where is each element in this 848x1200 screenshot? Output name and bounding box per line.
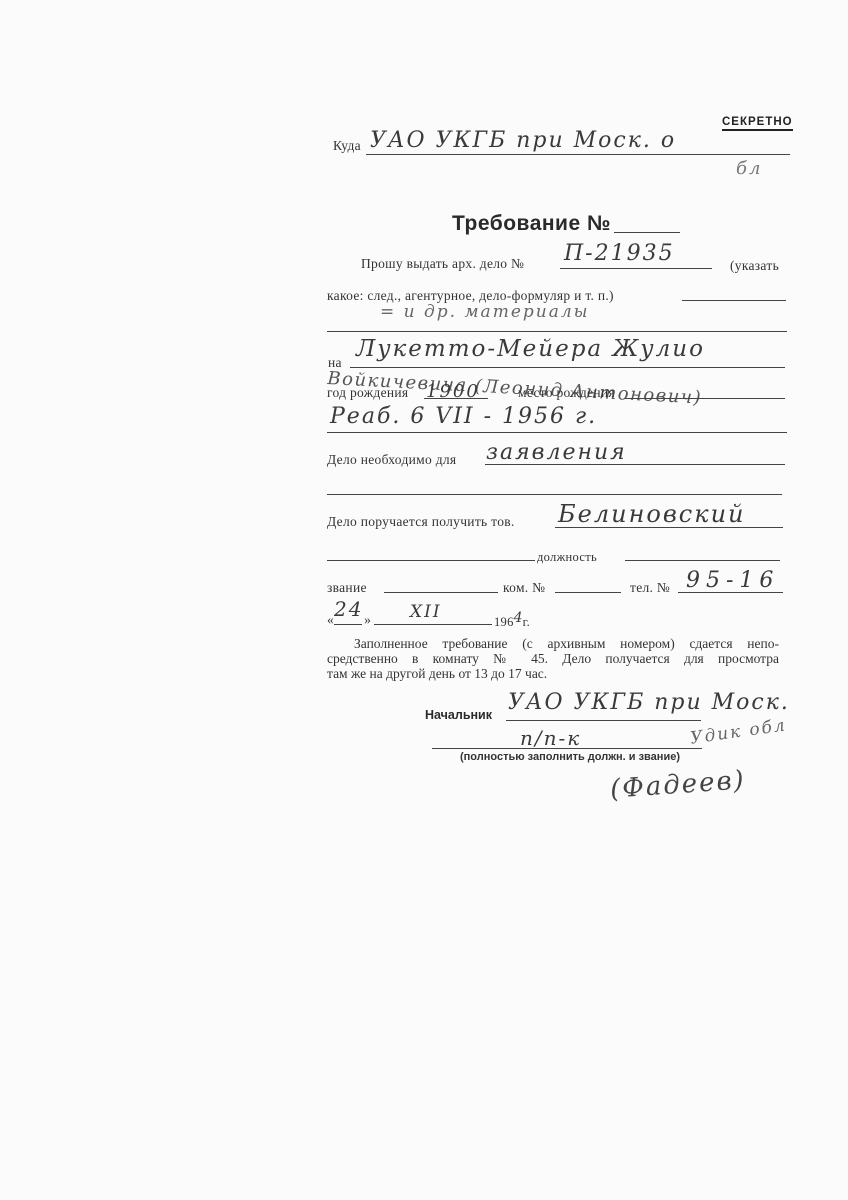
birth-year-label: год рождения (327, 385, 408, 401)
rehab-note[interactable]: Реаб. 6 VII - 1956 г. (330, 404, 597, 429)
signature: (Фадеев) (609, 765, 747, 804)
date-month-line (374, 624, 492, 625)
person-name-line (350, 367, 785, 368)
case-type-line-1 (682, 300, 786, 301)
room-label: ком. № (503, 580, 545, 596)
person-name-value[interactable]: Лукетто-Мейера Жулио (356, 336, 705, 362)
request-label: Прошу выдать арх. дело № (361, 256, 524, 272)
date-month-value[interactable]: XII (410, 602, 442, 622)
form-title-text: Требование № (452, 212, 611, 235)
date-year-suffix: г. (523, 615, 530, 629)
date-day-line (334, 624, 362, 625)
birth-year-value[interactable]: 1900 (426, 381, 480, 402)
case-number-value[interactable]: П-21935 (564, 241, 675, 266)
birth-place-line (625, 398, 785, 399)
classification-label: СЕКРЕТНО (722, 116, 793, 131)
rehab-line (327, 432, 787, 433)
chief-value[interactable]: УАО УКГБ при Моск. (508, 690, 790, 715)
phone-label: тел. № (630, 580, 670, 596)
position-line-1 (327, 560, 535, 561)
chief-label: Начальник (425, 708, 492, 722)
to-field-value-line2: бл (736, 158, 762, 179)
rank-line (384, 592, 498, 593)
purpose-line-2 (327, 494, 782, 495)
to-field-line (366, 154, 790, 155)
date-year: 1964г. (494, 614, 530, 630)
chief-value-line2: п/п-к (520, 726, 581, 750)
instructions-paragraph: Заполненное требование (с архивным номер… (327, 636, 779, 681)
phone-value[interactable]: 95-16 (686, 568, 779, 593)
form-number-line (614, 232, 680, 233)
purpose-label: Дело необходимо для (327, 452, 456, 468)
date-day-value[interactable]: 24 (334, 597, 363, 621)
birth-place-label: место рождения (518, 385, 615, 401)
case-type-line-2 (327, 331, 787, 332)
date-year-prefix: 196 (494, 615, 514, 629)
receiver-value[interactable]: Белиновский (558, 500, 746, 528)
fill-hint: (полностью заполнить должн. и звание) (460, 751, 680, 763)
chief-line-1 (506, 720, 701, 721)
position-line-2 (625, 560, 780, 561)
case-number-line (560, 268, 712, 269)
purpose-value[interactable]: заявления (486, 440, 627, 465)
receiver-label: Дело поручается получить тов. (327, 514, 515, 530)
room-line (555, 592, 621, 593)
case-type-value[interactable]: = и др. материалы (380, 302, 590, 322)
instructions-line-1: Заполненное требование (с архивным номер… (327, 636, 779, 651)
chief-value-side: Удик обл (689, 715, 788, 748)
instructions-line-3: там же на другой день от 13 до 17 час. (327, 666, 779, 681)
specify-label: (указать (730, 258, 779, 274)
to-label: Куда (333, 138, 361, 154)
form-title: Требование № (452, 212, 611, 236)
to-field-value[interactable]: УАО УКГБ при Моск. о (370, 128, 676, 153)
instructions-line-2: средственно в комнату № 45. Дело получае… (327, 651, 779, 666)
classification-stamp: СЕКРЕТНО (722, 112, 793, 130)
date-year-digit[interactable]: 4 (514, 610, 523, 626)
rank-label: звание (327, 580, 367, 596)
position-label: должность (537, 550, 597, 565)
